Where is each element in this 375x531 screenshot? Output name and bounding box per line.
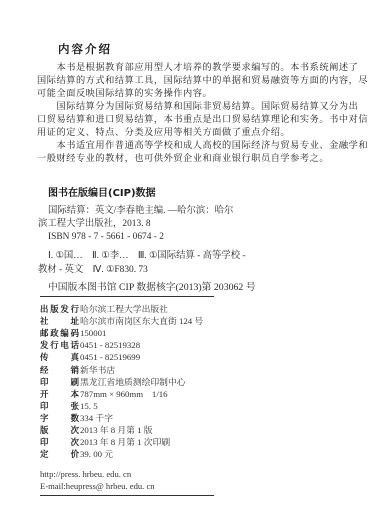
info-value: 哈尔滨市南岗区东大直街 124 号 [80,315,203,327]
info-value: 新华书店 [80,364,115,376]
text-line: 国际结算的方式和结算工具，国际结算中的单据和贸易融资等方面的内容，尽 [37,74,342,87]
info-label-char: 话 [71,339,79,351]
info-label-char: 发 [60,303,68,315]
info-label-char: 邮 [40,327,48,339]
info-value: 15. 5 [80,400,98,412]
info-row: 经销新华书店 [40,364,115,376]
text-line: 用证的定义、特点、分类及应用等相关方面做了重点介绍。 [37,126,342,139]
cip-classification-line-1: Ⅰ. ①国… Ⅱ. ①李… Ⅲ. ①国际结算 - 高等学校 - [48,250,246,263]
info-label-char: 张 [71,400,79,412]
info-label-char: 次 [71,424,79,436]
info-label-char: 真 [71,351,79,363]
info-label-char: 印 [40,436,48,448]
info-label-char: 编 [60,327,68,339]
intro-paragraph-3: 本书适宜用作普通高等学校和成人高校的国际经济与贸易专业、金融学和 一般财经专业的… [37,139,342,165]
info-label: 印张 [40,400,79,412]
info-label-char: 次 [71,436,79,448]
text-line: 本书是根据教育部应用型人才培养的教学要求编写的。本书系统阐述了 [37,61,342,74]
info-value: 0451 - 82519328 [80,339,140,351]
info-row: 出版发行哈尔滨工程大学出版社 [40,303,168,315]
info-value: 哈尔滨工程大学出版社 [80,303,168,315]
info-label: 邮政编码 [40,327,79,339]
info-label: 经销 [40,364,79,376]
info-label-char: 印 [40,400,48,412]
info-row: 印张15. 5 [40,400,98,412]
cip-record-line-1: 国际结算：英文/李春艳主编. —哈尔滨：哈尔 [48,205,233,218]
info-label-char: 政 [50,327,58,339]
info-row: 版次2013 年 8 月第 1 版 [40,424,153,436]
info-label-char: 本 [71,388,79,400]
isbn: ISBN 978 - 7 - 5661 - 0674 - 2 [48,231,164,244]
divider-top [40,296,214,297]
info-value: 黑龙江省地质测绘印制中心 [80,376,186,388]
info-label-char: 字 [40,412,48,424]
info-label: 出版发行 [40,303,79,315]
info-row: 邮政编码150001 [40,327,106,339]
intro-title: 内容介绍 [58,41,112,57]
info-label-char: 发 [40,339,48,351]
info-row: 字数334 千字 [40,412,113,424]
info-label: 印次 [40,436,79,448]
info-value: 334 千字 [80,412,113,424]
info-label: 印刷 [40,376,79,388]
email-address: E-mail:heupress@ hrbeu. edu. cn [40,481,155,491]
info-label: 开本 [40,388,79,400]
info-label: 字数 [40,412,79,424]
info-value: 0451 - 82519699 [80,351,140,363]
info-label-char: 版 [50,303,58,315]
info-label-char: 行 [71,303,79,315]
text-line: 本书适宜用作普通高等学校和成人高校的国际经济与贸易专业、金融学和 [37,139,342,152]
info-label-char: 定 [40,448,48,460]
info-row: 发行电话0451 - 82519328 [40,339,140,351]
info-label-char: 电 [60,339,68,351]
info-row: 印次2013 年 8 月第 1 次印刷 [40,436,170,448]
info-label: 发行电话 [40,339,79,351]
info-row: 印刷黑龙江省地质测绘印制中心 [40,376,186,388]
info-label-char: 数 [71,412,79,424]
info-label-char: 开 [40,388,48,400]
info-label-char: 码 [71,327,79,339]
info-label-char: 版 [40,424,48,436]
info-label-char: 行 [50,339,58,351]
info-row: 社址哈尔滨市南岗区东大直街 124 号 [40,315,203,327]
info-row: 开本787mm × 960mm 1/16 [40,388,168,400]
info-value: 2013 年 8 月第 1 版 [80,424,153,436]
info-label: 版次 [40,424,79,436]
info-row: 传真0451 - 82519699 [40,351,140,363]
info-label: 传真 [40,351,79,363]
info-label-char: 社 [40,315,48,327]
info-value: 150001 [80,327,106,339]
cip-approval-number: 中国版本图书馆 CIP 数据核字(2013)第 203062 号 [48,282,256,295]
info-label-char: 印 [40,376,48,388]
intro-paragraph-1: 本书是根据教育部应用型人才培养的教学要求编写的。本书系统阐述了 国际结算的方式和… [37,61,342,100]
info-label-char: 经 [40,364,48,376]
info-label-char: 价 [71,448,79,460]
info-label-char: 出 [40,303,48,315]
text-line: 可能全面反映国际结算的实务操作内容。 [37,87,342,100]
info-label-char: 址 [71,315,79,327]
text-line: 国际结算分为国际贸易结算和国际非贸易结算。国际贸易结算又分为出 [37,100,342,113]
cip-record-line-2: 滨工程大学出版社，2013. 8 [38,218,151,231]
cip-title: 图书在版编目(CIP)数据 [48,184,156,199]
website-url: http://press. hrbeu. edu. cn [40,469,131,479]
info-label-char: 销 [71,364,79,376]
intro-paragraph-2: 国际结算分为国际贸易结算和国际非贸易结算。国际贸易结算又分为出 口贸易结算和进口… [37,100,342,139]
text-line: 一般财经专业的教材，也可供外贸企业和商业银行职员自学参考之。 [37,152,342,165]
info-label-char: 传 [40,351,48,363]
info-value: 39. 00 元 [80,448,113,460]
divider-bottom [40,495,214,496]
info-label: 社址 [40,315,79,327]
info-label-char: 刷 [71,376,79,388]
info-value: 2013 年 8 月第 1 次印刷 [80,436,170,448]
text-line: 口贸易结算和进口贸易结算，本书重点是出口贸易结算理论和实务。书中对信 [37,113,342,126]
cip-classification-line-2: 教材 - 英文 Ⅳ. ①F830. 73 [38,264,148,277]
info-row: 定价39. 00 元 [40,448,113,460]
info-label: 定价 [40,448,79,460]
info-value: 787mm × 960mm 1/16 [80,388,168,400]
